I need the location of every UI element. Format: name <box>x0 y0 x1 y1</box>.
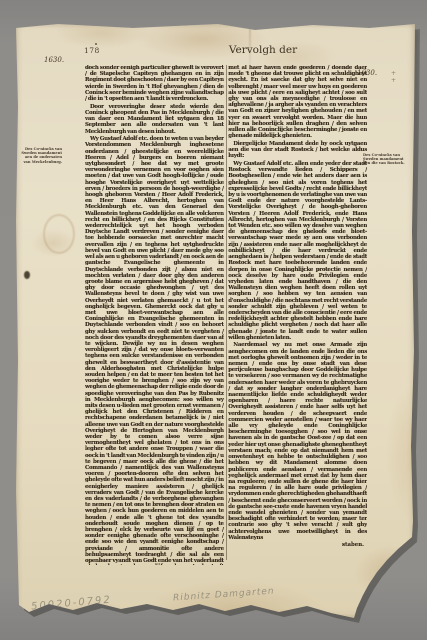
paragraph: Wy Gustaef Adolf etc. allen ende yeder d… <box>228 161 367 341</box>
paragraph: Door veroveringhe deser stede wierde den… <box>85 104 224 135</box>
ink-speck-small <box>95 43 97 45</box>
photo-background: 178 Vervolgh der 1630. 1630. + + Des Co-… <box>0 0 427 640</box>
stain-ring <box>43 214 75 254</box>
book-page: 178 Vervolgh der 1630. 1630. + + Des Co-… <box>13 21 417 621</box>
margin-year-left: 1630. <box>44 56 64 64</box>
paragraph: Diergelijcke Mandament dede hy oock uytg… <box>228 141 367 160</box>
margin-cross-marks: + + <box>391 70 417 84</box>
paragraph: Naerdemael wy nu met onse Armade zijn ae… <box>228 342 367 541</box>
paper-hole-speck <box>24 271 30 279</box>
margin-note-left: Des Co-nincks van Sweden mandament aen d… <box>17 147 62 164</box>
paragraph: met al haer haven ende goederen / doende… <box>228 65 367 139</box>
column-right: met al haer haven ende goederen / doende… <box>228 65 367 565</box>
folio-number: 178 <box>84 46 100 55</box>
column-left: doch sonder eenigh particulier ghewelt i… <box>85 65 224 565</box>
running-head: Vervolgh der <box>193 44 333 56</box>
paragraph: Wy Gustaef Adolf etc. doen te weten u va… <box>85 136 224 565</box>
pencil-place-name: Ribnitz Damgarten <box>173 586 275 603</box>
text-block: doch sonder eenigh particulier ghewelt i… <box>85 65 367 565</box>
margin-note-right: Des Co-nincks van Sweden mandament aen d… <box>363 153 408 166</box>
column-divider-rule <box>226 65 227 560</box>
catchword: staben. <box>228 542 367 548</box>
paragraph: doch sonder eenigh particulier ghewelt i… <box>85 65 224 102</box>
